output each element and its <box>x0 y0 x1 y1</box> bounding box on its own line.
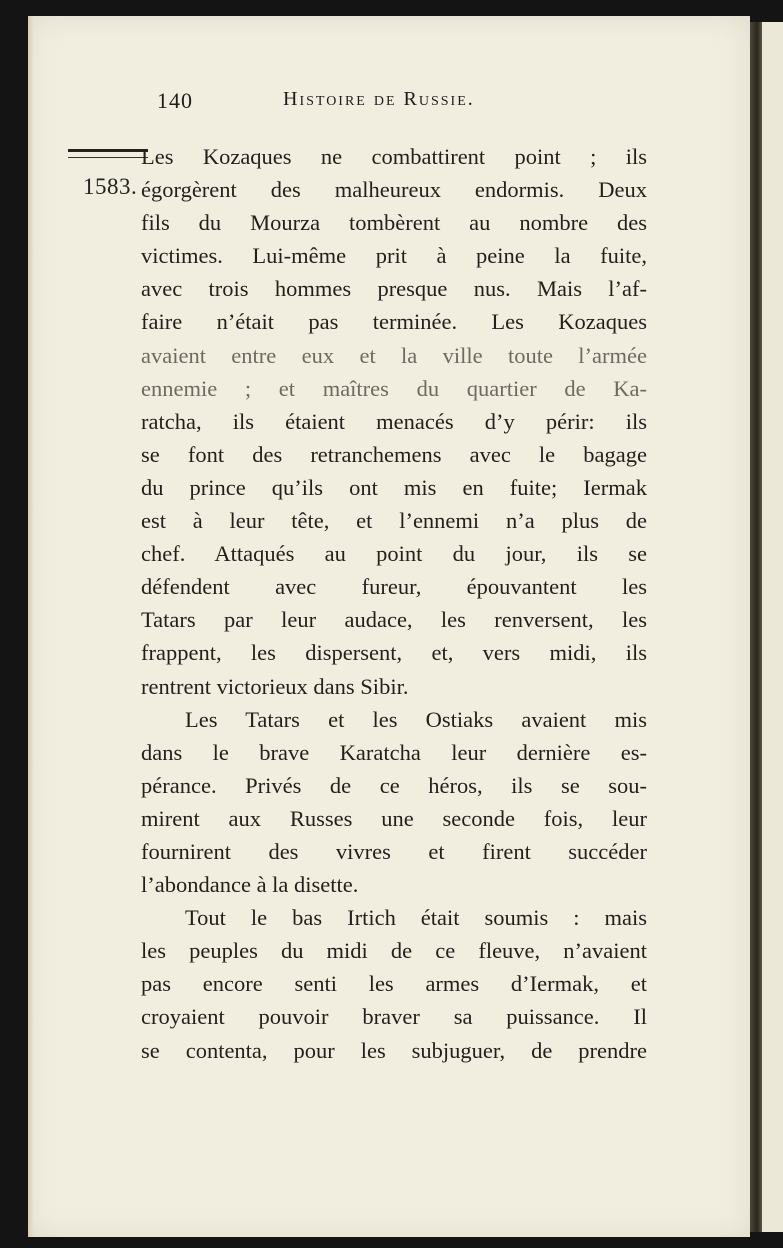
body-text: Les Kozaques ne combattirent point ; ils… <box>141 140 647 1067</box>
text-line: fournirent des vivres et firent succéder <box>141 835 647 868</box>
margin-year-note: 1583. <box>83 174 137 200</box>
text-line: les peuples du midi de ce fleuve, n’avai… <box>141 934 647 967</box>
text-line: est à leur tête, et l’ennemi n’a plus de <box>141 504 647 537</box>
text-line: dans le brave Karatcha leur dernière es- <box>141 736 647 769</box>
text-line: fils du Mourza tombèrent au nombre des <box>141 206 647 239</box>
text-line: défendent avec fureur, épouvantent les <box>141 570 647 603</box>
page-number: 140 <box>157 88 193 114</box>
running-title: Histoire de Russie. <box>283 88 475 111</box>
text-line: ratcha, ils étaient menacés d’y périr: i… <box>141 405 647 438</box>
margin-rule <box>68 149 148 158</box>
text-line: ennemie ; et maîtres du quartier de Ka- <box>141 372 647 405</box>
text-line: avec trois hommes presque nus. Mais l’af… <box>141 272 647 305</box>
text-line: rentrent victorieux dans Sibir. <box>141 670 647 703</box>
text-line: Tatars par leur audace, les renversent, … <box>141 603 647 636</box>
text-line: avaient entre eux et la ville toute l’ar… <box>141 339 647 372</box>
adjacent-page-edge <box>762 22 783 1232</box>
text-line: chef. Attaqués au point du jour, ils se <box>141 537 647 570</box>
paragraph-start: Les Tatars et les Ostiaks avaient mis <box>141 703 647 736</box>
text-line: se font des retranchemens avec le bagage <box>141 438 647 471</box>
text-line: faire n’était pas terminée. Les Kozaques <box>141 305 647 338</box>
text-line: l’abondance à la disette. <box>141 868 647 901</box>
text-line: du prince qu’ils ont mis en fuite; Ierma… <box>141 471 647 504</box>
text-line: victimes. Lui-même prit à peine la fuite… <box>141 239 647 272</box>
running-head: 140 Histoire de Russie. <box>157 88 537 118</box>
paragraph-start: Tout le bas Irtich était soumis : mais <box>141 901 647 934</box>
text-line: se contenta, pour les subjuguer, de pren… <box>141 1034 647 1067</box>
book-gutter <box>750 22 762 1232</box>
text-line: Les Kozaques ne combattirent point ; ils <box>141 140 647 173</box>
text-line: pas encore senti les armes d’Iermak, et <box>141 967 647 1000</box>
text-line: mirent aux Russes une seconde fois, leur <box>141 802 647 835</box>
text-line: frappent, les dispersent, et, vers midi,… <box>141 636 647 669</box>
text-line: égorgèrent des malheureux endormis. Deux <box>141 173 647 206</box>
text-line: pérance. Privés de ce héros, ils se sou- <box>141 769 647 802</box>
text-line: croyaient pouvoir braver sa puissance. I… <box>141 1000 647 1033</box>
